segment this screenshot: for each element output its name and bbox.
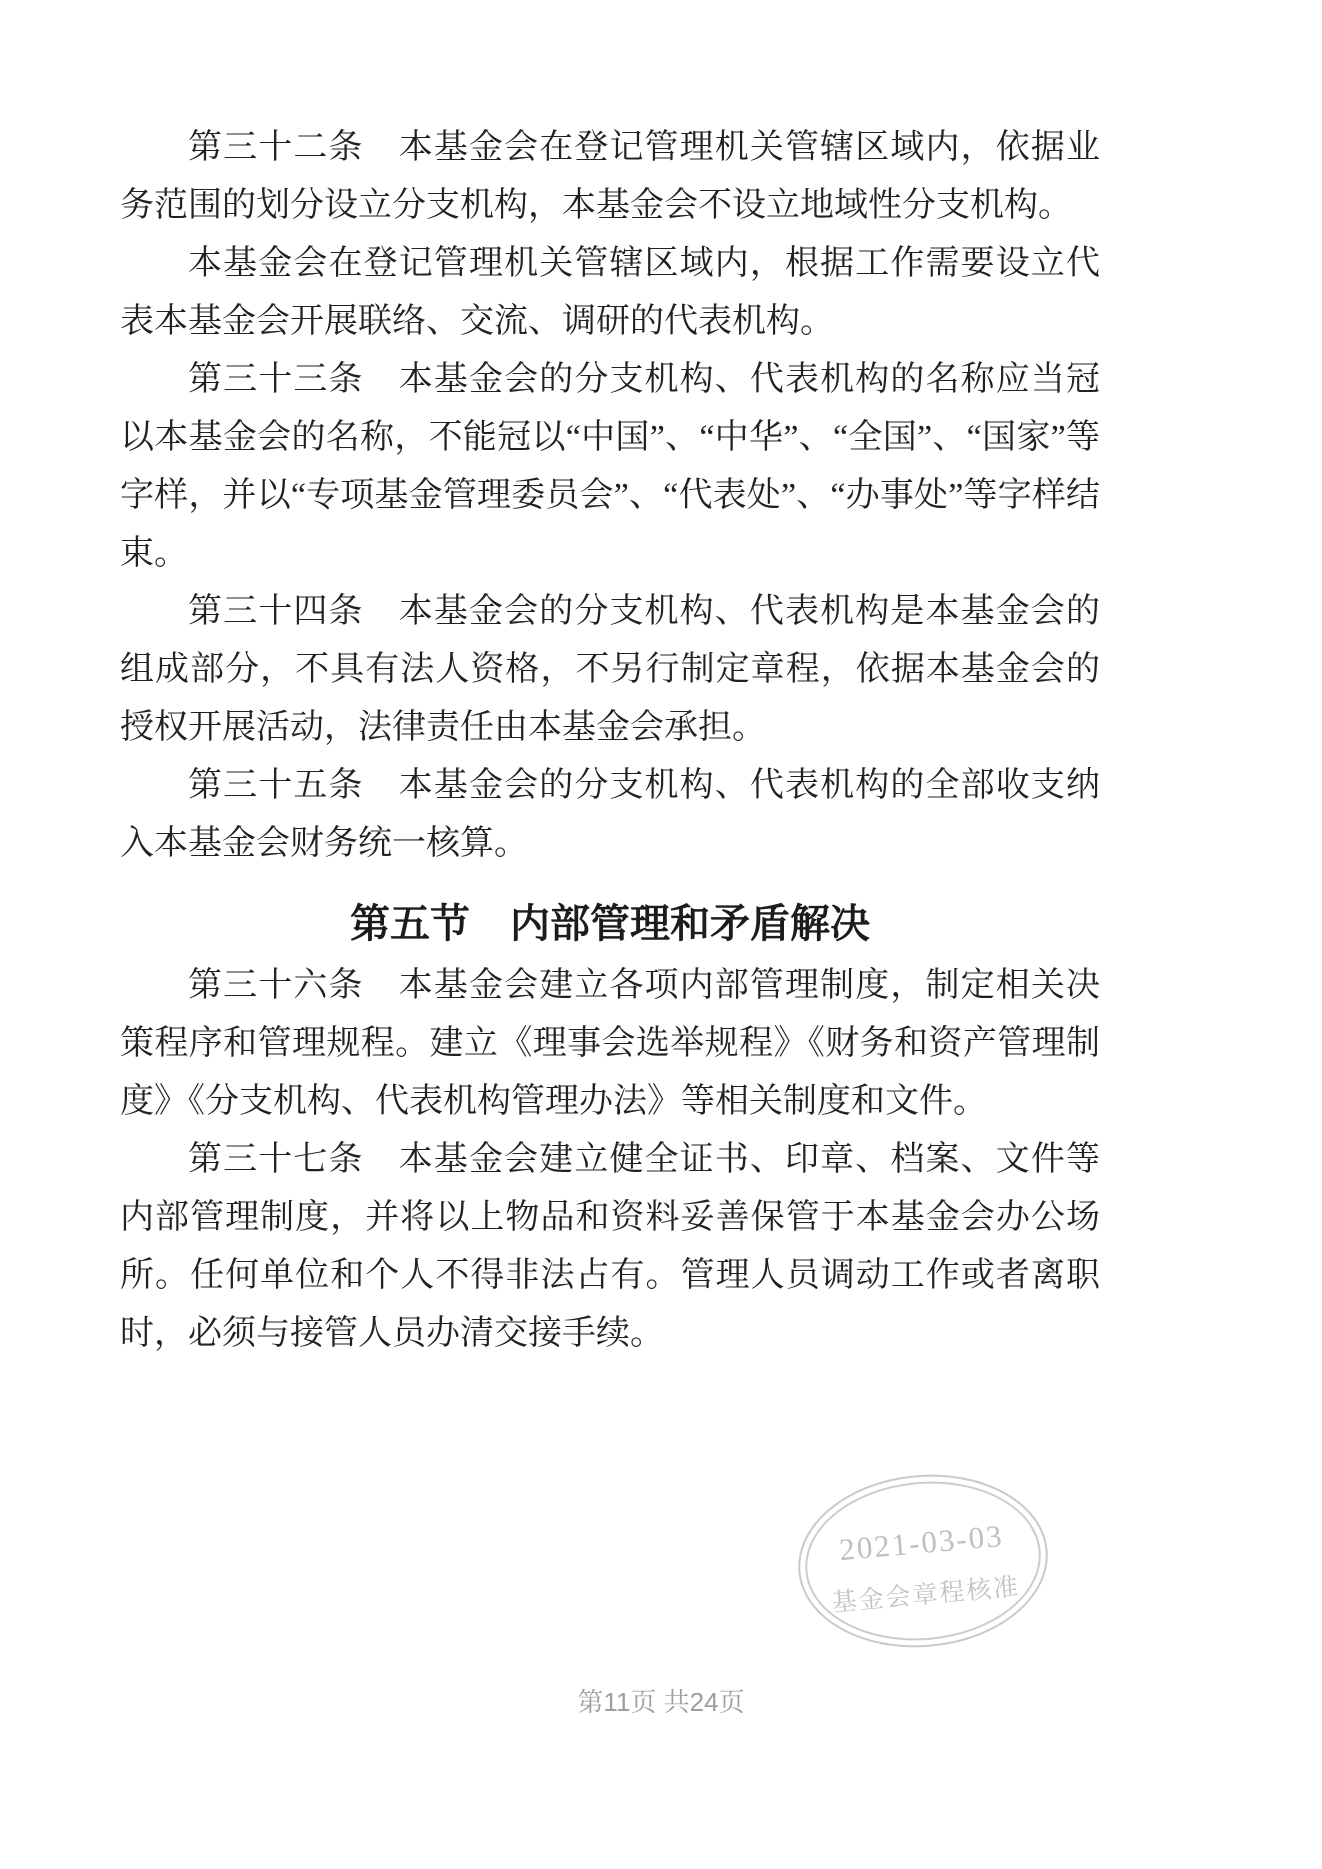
article-32-paragraph: 第三十二条 本基金会在登记管理机关管辖区域内，依据业务范围的划分设立分支机构，本…	[120, 119, 1100, 235]
document-body: 第三十二条 本基金会在登记管理机关管辖区域内，依据业务范围的划分设立分支机构，本…	[120, 119, 1100, 1363]
article-34-paragraph: 第三十四条 本基金会的分支机构、代表机构是本基金会的组成部分，不具有法人资格，不…	[120, 583, 1100, 757]
article-35-paragraph: 第三十五条 本基金会的分支机构、代表机构的全部收支纳入本基金会财务统一核算。	[120, 757, 1100, 873]
document-page: 第三十二条 本基金会在登记管理机关管辖区域内，依据业务范围的划分设立分支机构，本…	[0, 0, 1322, 1869]
article-33-paragraph: 第三十三条 本基金会的分支机构、代表机构的名称应当冠以本基金会的名称，不能冠以“…	[120, 351, 1100, 583]
article-36-paragraph: 第三十六条 本基金会建立各项内部管理制度，制定相关决策程序和管理规程。建立《理事…	[120, 957, 1100, 1131]
section-5-heading: 第五节 内部管理和矛盾解决	[120, 891, 1100, 957]
article-37-paragraph: 第三十七条 本基金会建立健全证书、印章、档案、文件等内部管理制度，并将以上物品和…	[120, 1131, 1100, 1363]
article-32-representative-offices-paragraph: 本基金会在登记管理机关管辖区域内，根据工作需要设立代表本基金会开展联络、交流、调…	[120, 235, 1100, 351]
approval-stamp: 2021-03-03 基金会章程核准	[791, 1464, 1055, 1657]
page-number-footer: 第11页 共24页	[0, 1686, 1322, 1718]
